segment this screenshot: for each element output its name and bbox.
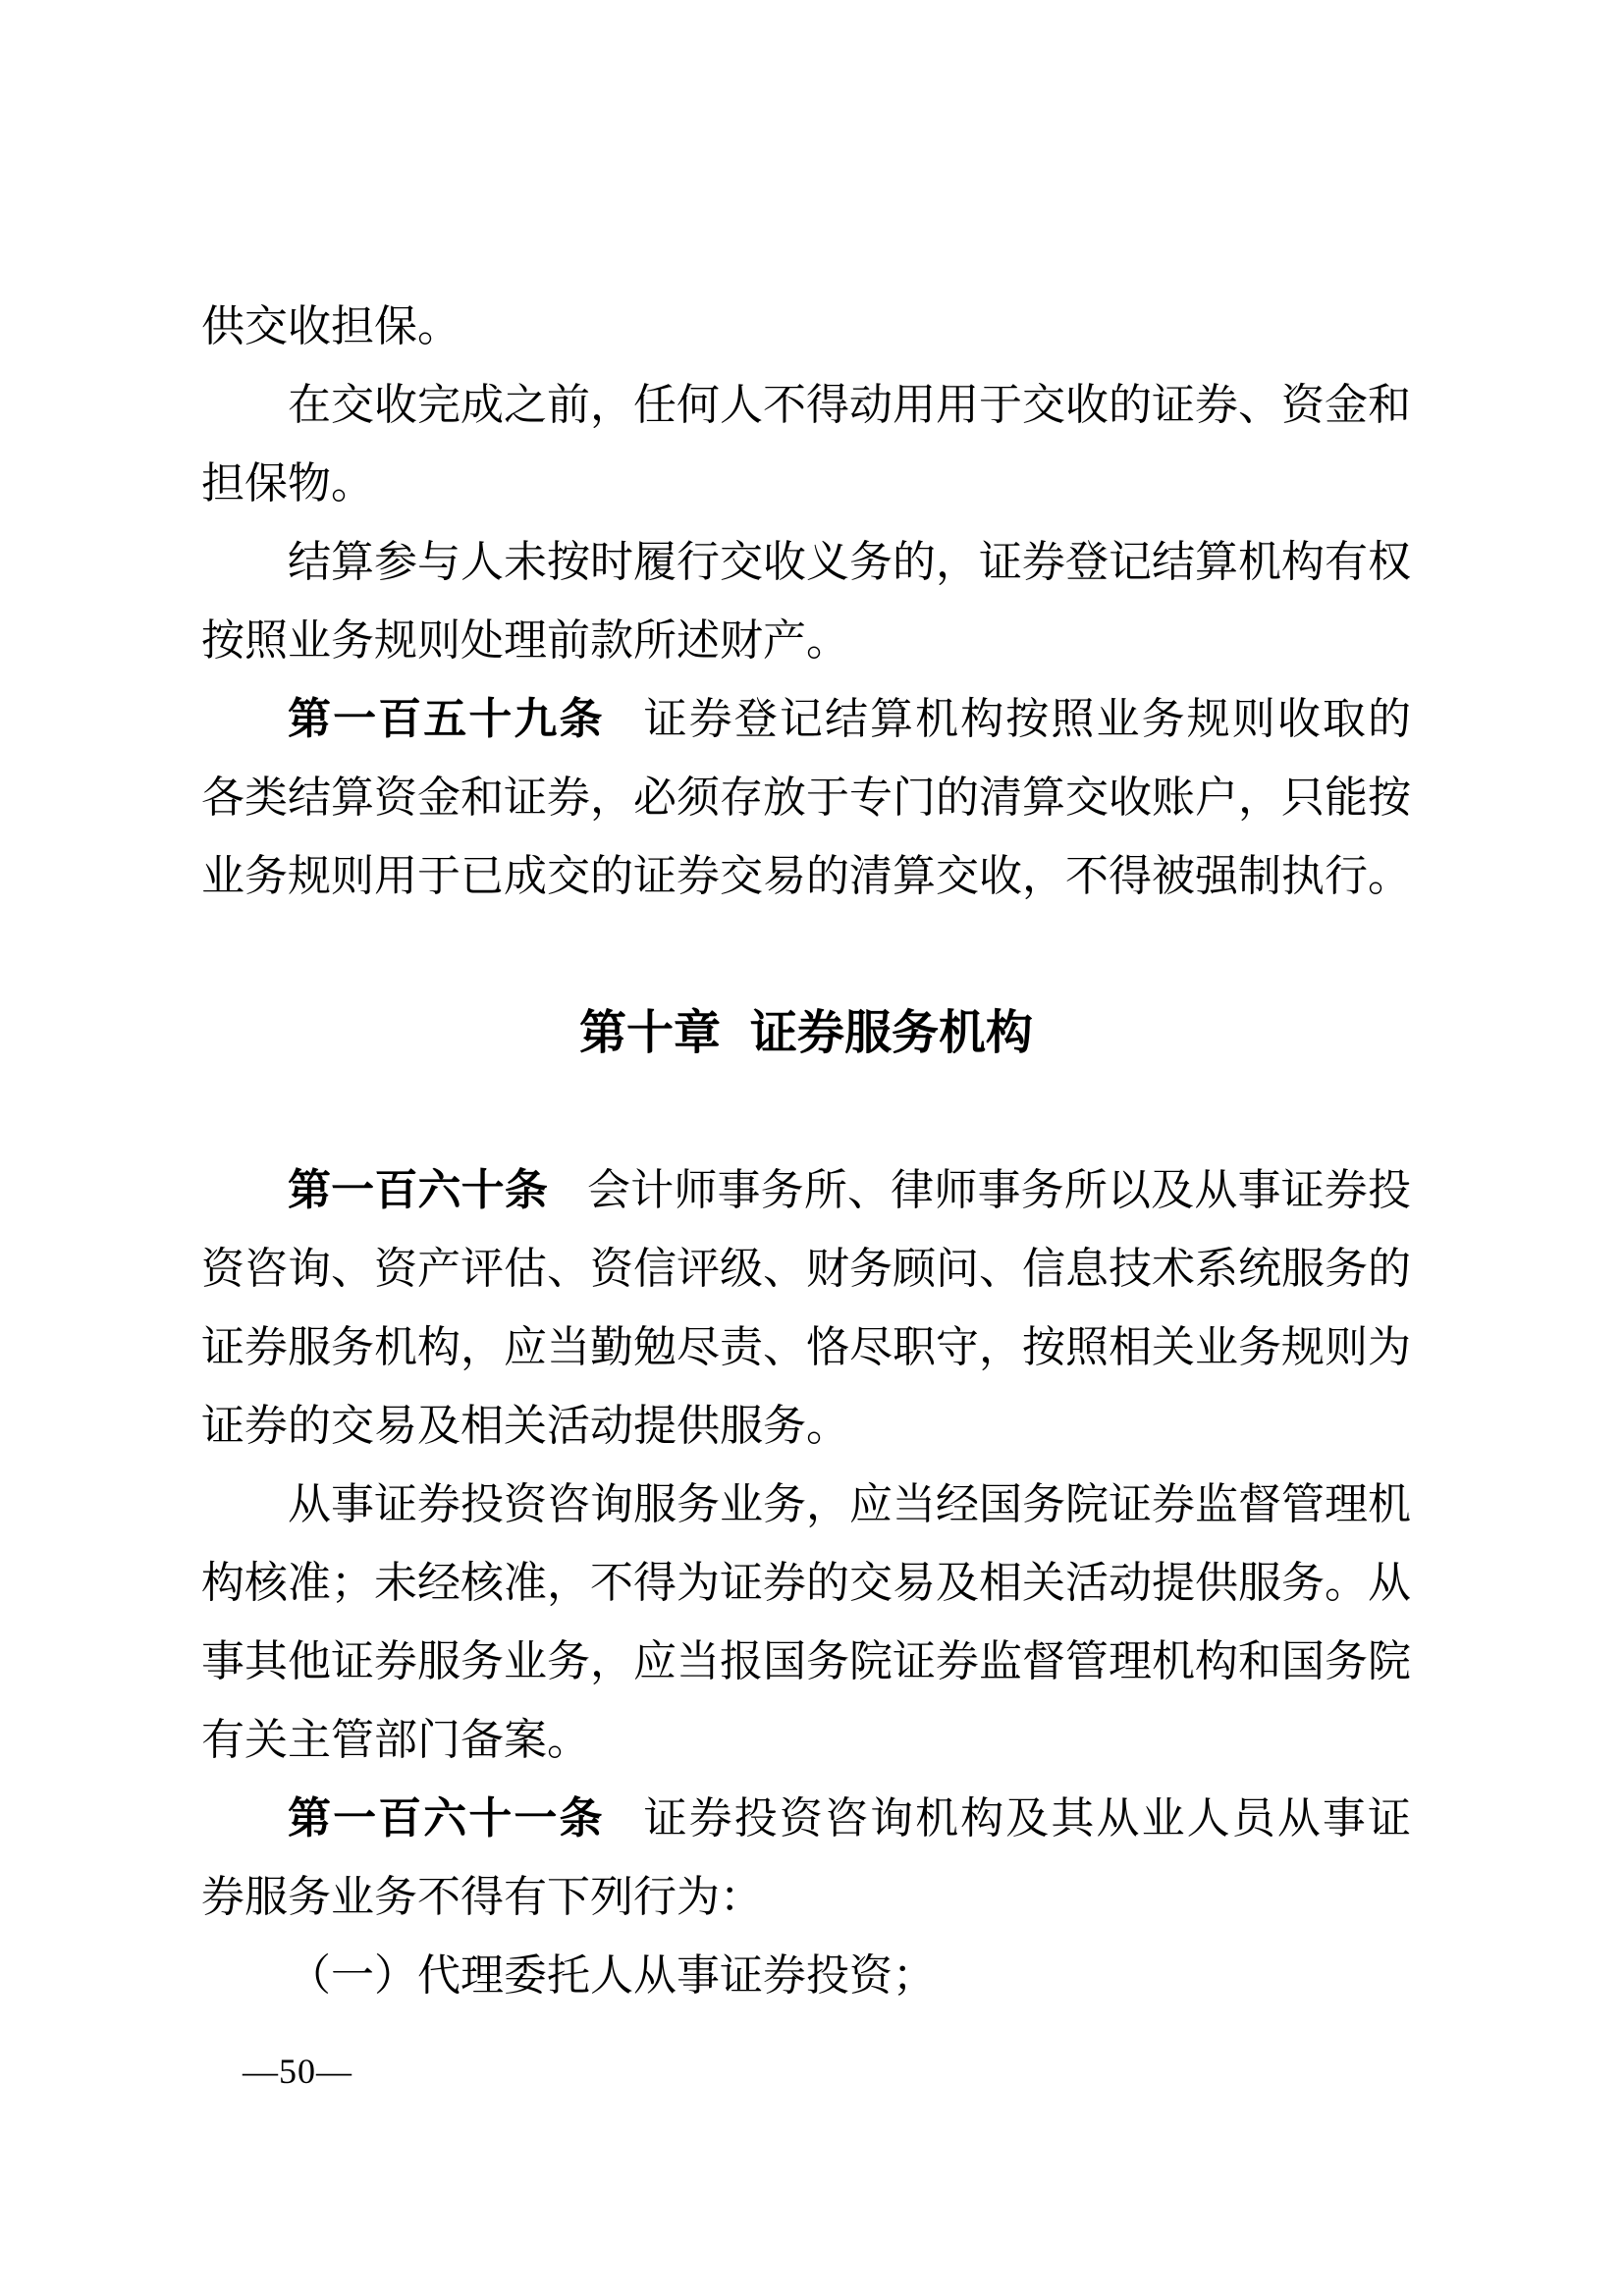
article-text: 证券登记结算机构按照业务规则收取的 xyxy=(644,695,1411,743)
article-text: 证券投资咨询机构及其从业人员从事证 xyxy=(644,1794,1411,1842)
blank-line xyxy=(201,916,1411,994)
body-line: 券服务业务不得有下列行为： xyxy=(201,1858,1411,1937)
body-line: 各类结算资金和证券，必须存放于专门的清算交收账户，只能按 xyxy=(201,759,1411,837)
chapter-number: 第十章 xyxy=(579,1007,721,1059)
page-number: —50— xyxy=(243,2050,352,2093)
body-line: 业务规则用于已成交的证券交易的清算交收，不得被强制执行。 xyxy=(201,837,1411,916)
body-line: （一）代理委托人从事证券投资； xyxy=(201,1937,1411,2015)
body-line: 证券服务机构，应当勤勉尽责、恪尽职守，按照相关业务规则为 xyxy=(201,1308,1411,1387)
text-block: 供交收担保。 在交收完成之前，任何人不得动用用于交收的证券、资金和 担保物。 结… xyxy=(201,288,1411,2015)
article-number: 第一百六十一条 xyxy=(288,1794,605,1842)
article-text: 会计师事务所、律师事务所以及从事证券投 xyxy=(587,1166,1411,1214)
body-line: 供交收担保。 xyxy=(201,288,1411,366)
article-number: 第一百五十九条 xyxy=(288,695,605,743)
body-line: 结算参与人未按时履行交收义务的，证券登记结算机构有权 xyxy=(201,523,1411,602)
body-line: 按照业务规则处理前款所述财产。 xyxy=(201,602,1411,680)
article-line: 第一百五十九条证券登记结算机构按照业务规则收取的 xyxy=(201,680,1411,759)
chapter-title: 证券服务机构 xyxy=(750,1007,1033,1059)
body-line: 证券的交易及相关活动提供服务。 xyxy=(201,1387,1411,1466)
article-line: 第一百六十条会计师事务所、律师事务所以及从事证券投 xyxy=(201,1151,1411,1230)
chapter-heading: 第十章证券服务机构 xyxy=(201,994,1411,1073)
article-line: 第一百六十一条证券投资咨询机构及其从业人员从事证 xyxy=(201,1780,1411,1858)
body-line: 担保物。 xyxy=(201,445,1411,523)
blank-line xyxy=(201,1073,1411,1151)
body-line: 在交收完成之前，任何人不得动用用于交收的证券、资金和 xyxy=(201,366,1411,445)
body-line: 有关主管部门备案。 xyxy=(201,1701,1411,1780)
body-line: 事其他证券服务业务，应当报国务院证券监督管理机构和国务院 xyxy=(201,1623,1411,1701)
document-page: 供交收担保。 在交收完成之前，任何人不得动用用于交收的证券、资金和 担保物。 结… xyxy=(0,0,1624,2296)
body-line: 构核准；未经核准，不得为证券的交易及相关活动提供服务。从 xyxy=(201,1544,1411,1623)
article-number: 第一百六十条 xyxy=(288,1166,548,1214)
body-line: 资咨询、资产评估、资信评级、财务顾问、信息技术系统服务的 xyxy=(201,1230,1411,1308)
body-line: 从事证券投资咨询服务业务，应当经国务院证券监督管理机 xyxy=(201,1466,1411,1544)
